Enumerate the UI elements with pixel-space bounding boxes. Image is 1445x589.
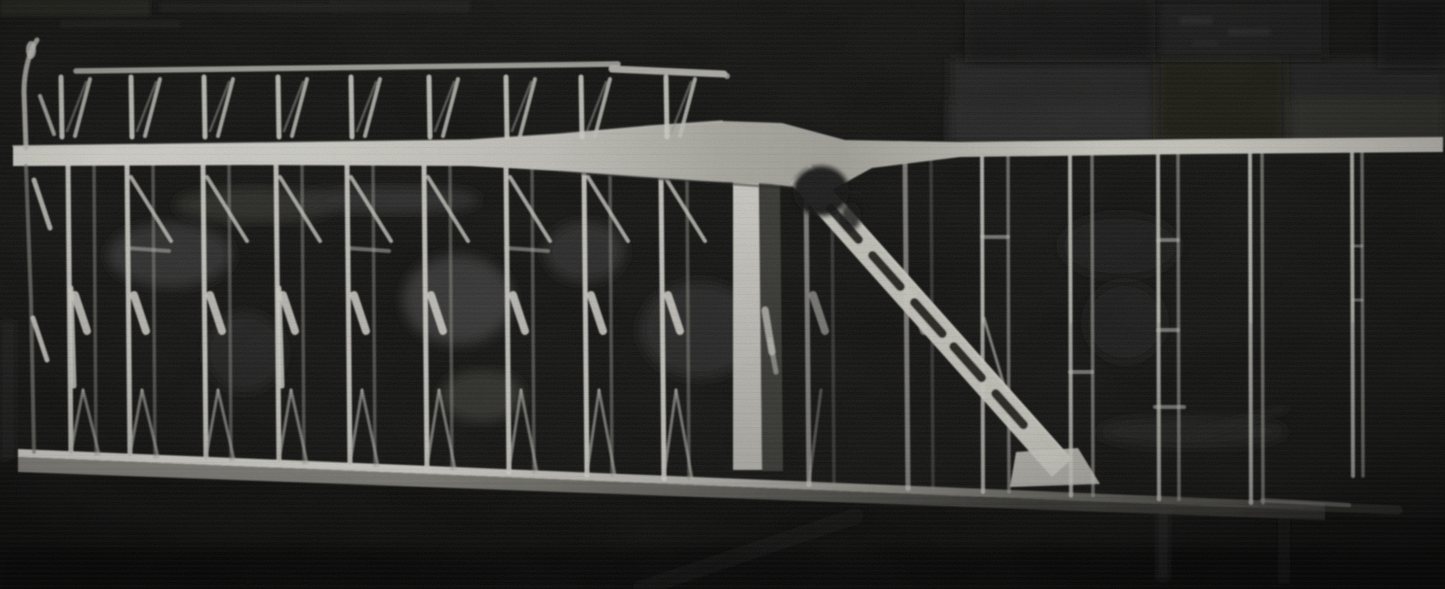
vignette [0,0,1445,589]
wing-frame-photo [0,0,1445,589]
photograph [0,0,1445,589]
